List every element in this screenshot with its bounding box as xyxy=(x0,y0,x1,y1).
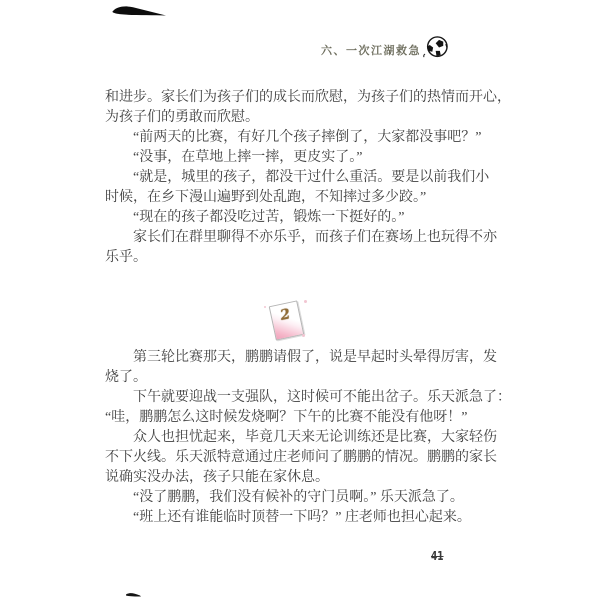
text-line: 为孩子们的勇敢而欣慰。 xyxy=(105,108,505,128)
text-line: 下午就要迎战一支强队，这时候可不能出岔子。乐天派急了： xyxy=(105,388,505,408)
text-line: “现在的孩子都没吃过苦，锻炼一下挺好的。” xyxy=(105,208,505,228)
text-line: 第三轮比赛那天，鹏鹏请假了，说是早起时头晕得厉害，发 xyxy=(105,348,505,368)
text-line: 家长们在群里聊得不亦乐乎，而孩子们在赛场上也玩得不亦 xyxy=(105,228,505,248)
text-section-2: 第三轮比赛那天，鹏鹏请假了，说是早起时头晕得厉害，发 烧了。 下午就要迎战一支强… xyxy=(105,348,505,528)
page-number: 41 xyxy=(431,549,444,563)
text-line: “就是，城里的孩子，都没干过什么重活。要是以前我们小 xyxy=(105,168,505,188)
text-line: 说确实没办法，孩子只能在家休息。 xyxy=(105,468,505,488)
chapter-title: 六、一次江湖救急 xyxy=(105,42,421,58)
text-line: 乐乎。 xyxy=(105,248,505,268)
soccer-ball-icon xyxy=(423,34,450,61)
section-number: 2 xyxy=(279,305,292,325)
text-section-1: 和进步。家长们为孩子们的成长而欣慰，为孩子们的热情而开心， 为孩子们的勇敢而欣慰… xyxy=(105,88,505,268)
text-line: “班上还有谁能临时顶替一下吗？” 庄老师也担心起来。 xyxy=(105,508,505,528)
sparkle-dot-icon xyxy=(302,334,305,337)
text-line: “没事，在草地上摔一摔，更皮实了。” xyxy=(105,148,505,168)
text-line: “前两天的比赛，有好几个孩子摔倒了，大家都没事吧？” xyxy=(105,128,505,148)
text-line: 和进步。家长们为孩子们的成长而欣慰，为孩子们的热情而开心， xyxy=(105,88,505,108)
brush-stroke-bottom-icon xyxy=(125,586,143,594)
brush-stroke-top-icon xyxy=(110,4,168,16)
text-line: 不下火线。乐天派特意通过庄老师问了鹏鹏的情况。鹏鹏的家长 xyxy=(105,448,505,468)
sparkle-dot-icon xyxy=(304,300,307,303)
text-line: 时候，在乡下漫山遍野到处乱跑，不知摔过多少跤。” xyxy=(105,188,505,208)
text-line: 烧了。 xyxy=(105,368,505,388)
text-line: 众人也担忧起来，毕竟几天来无论训练还是比赛，大家轻伤 xyxy=(105,428,505,448)
sparkle-dot-icon xyxy=(264,306,266,308)
text-line: “哇，鹏鹏怎么这时候发烧啊？下午的比赛不能没有他呀！” xyxy=(105,408,505,428)
section-divider-note: 2 xyxy=(269,300,305,340)
text-line: “没了鹏鹏，我们没有候补的守门员啊。” 乐天派急了。 xyxy=(105,488,505,508)
